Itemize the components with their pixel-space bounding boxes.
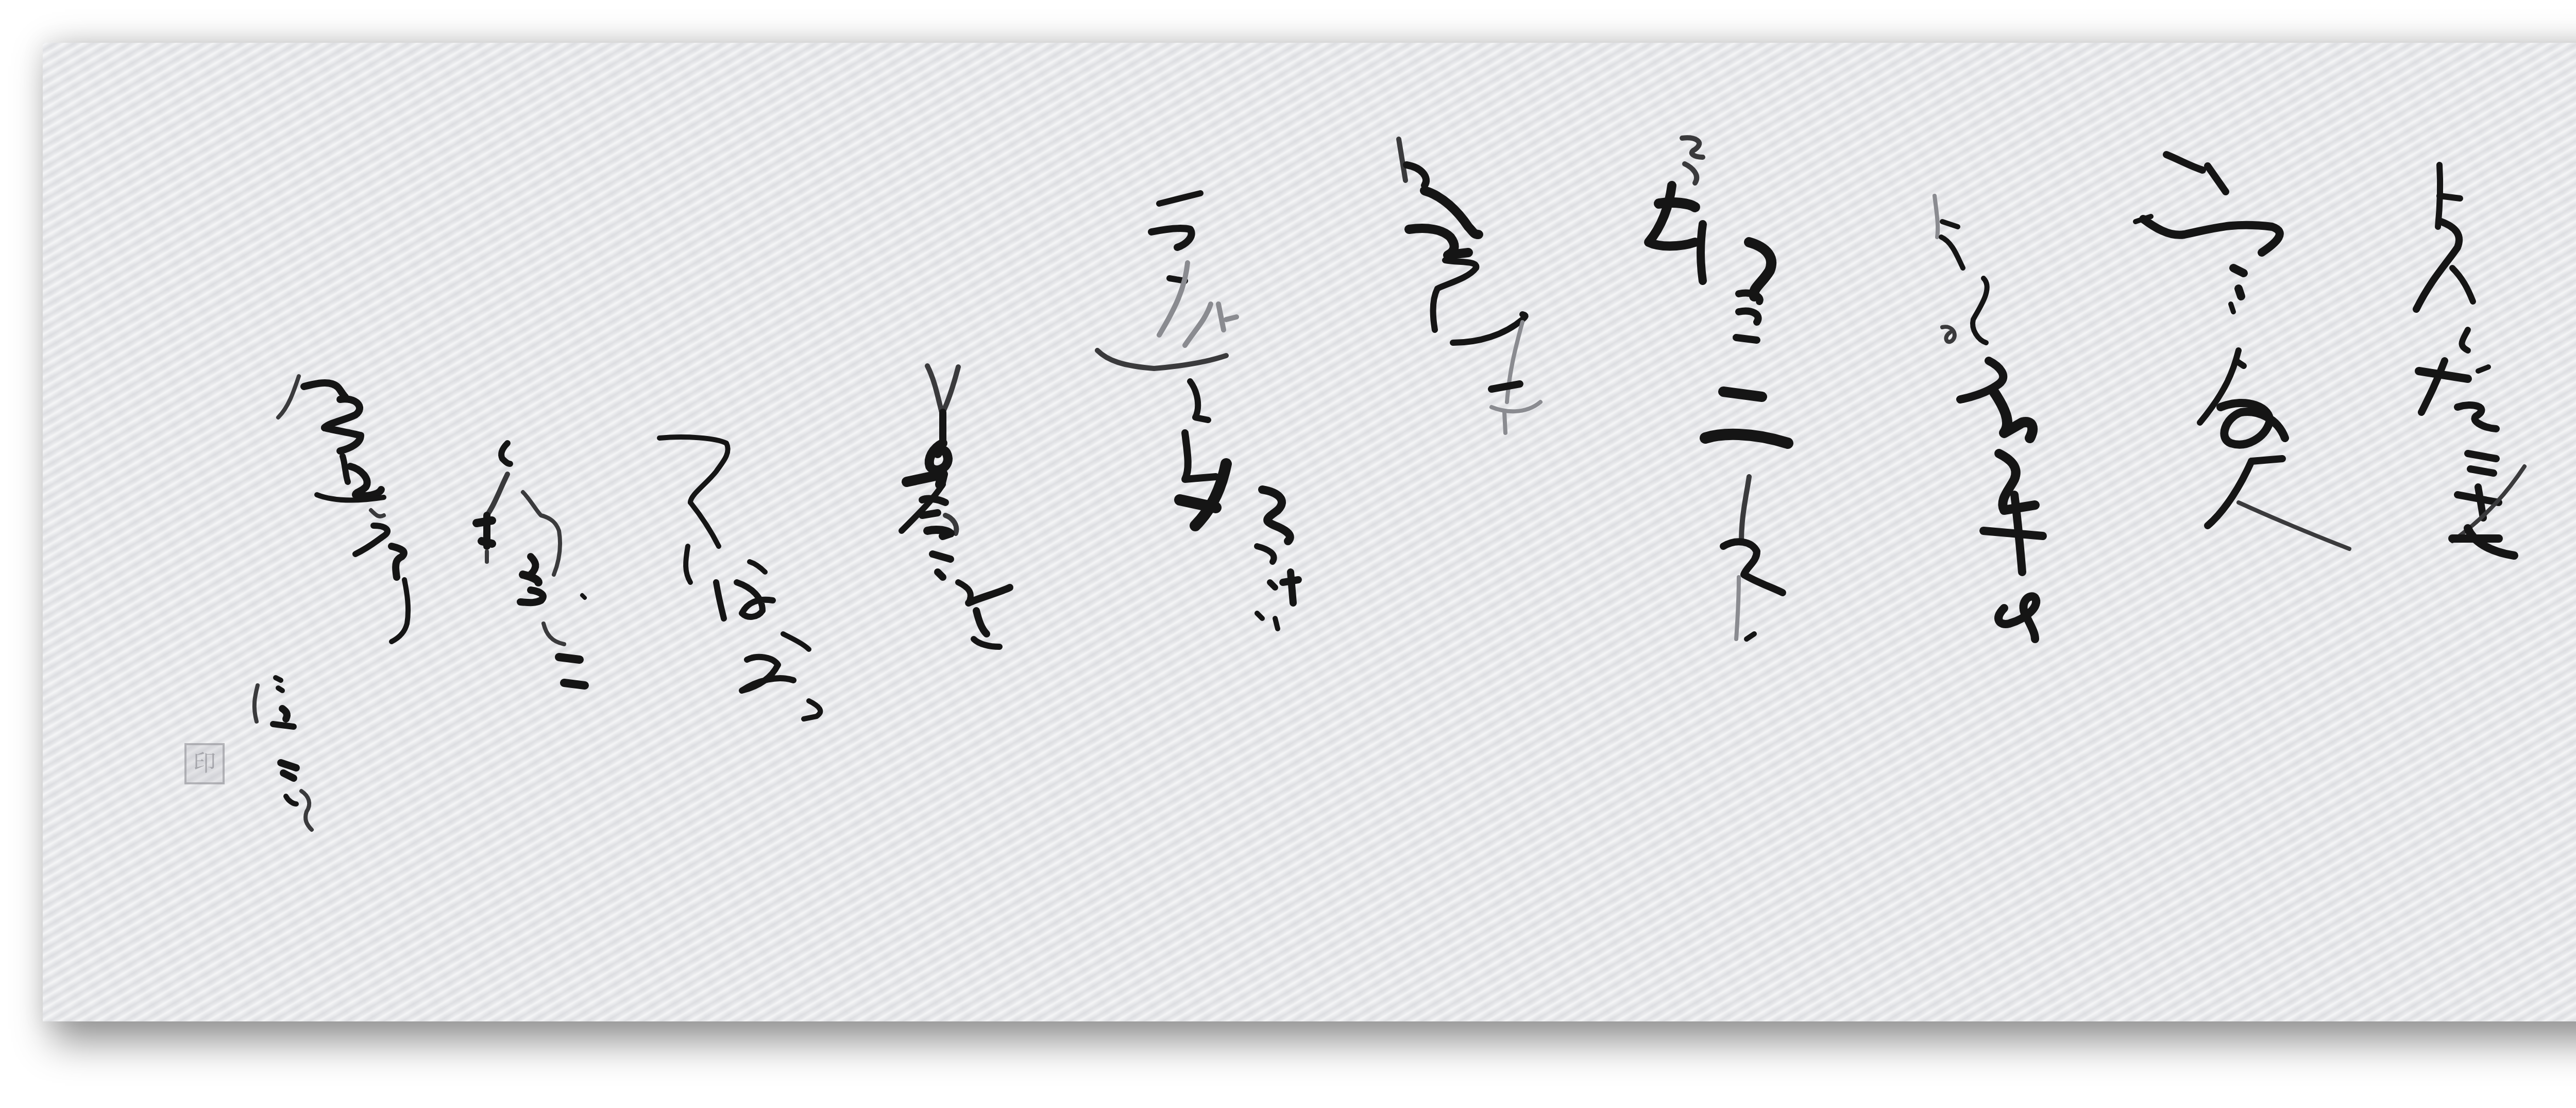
seal-glyph: 印 — [187, 745, 223, 782]
calligraphy-paper — [43, 43, 2576, 1021]
artwork-frame: 印 ゆきの氣 はなさとまる ふくしの人 もかた早の ことは里二夜 かたし手 おほ… — [0, 0, 2576, 1108]
artist-seal: 印 — [184, 743, 225, 784]
